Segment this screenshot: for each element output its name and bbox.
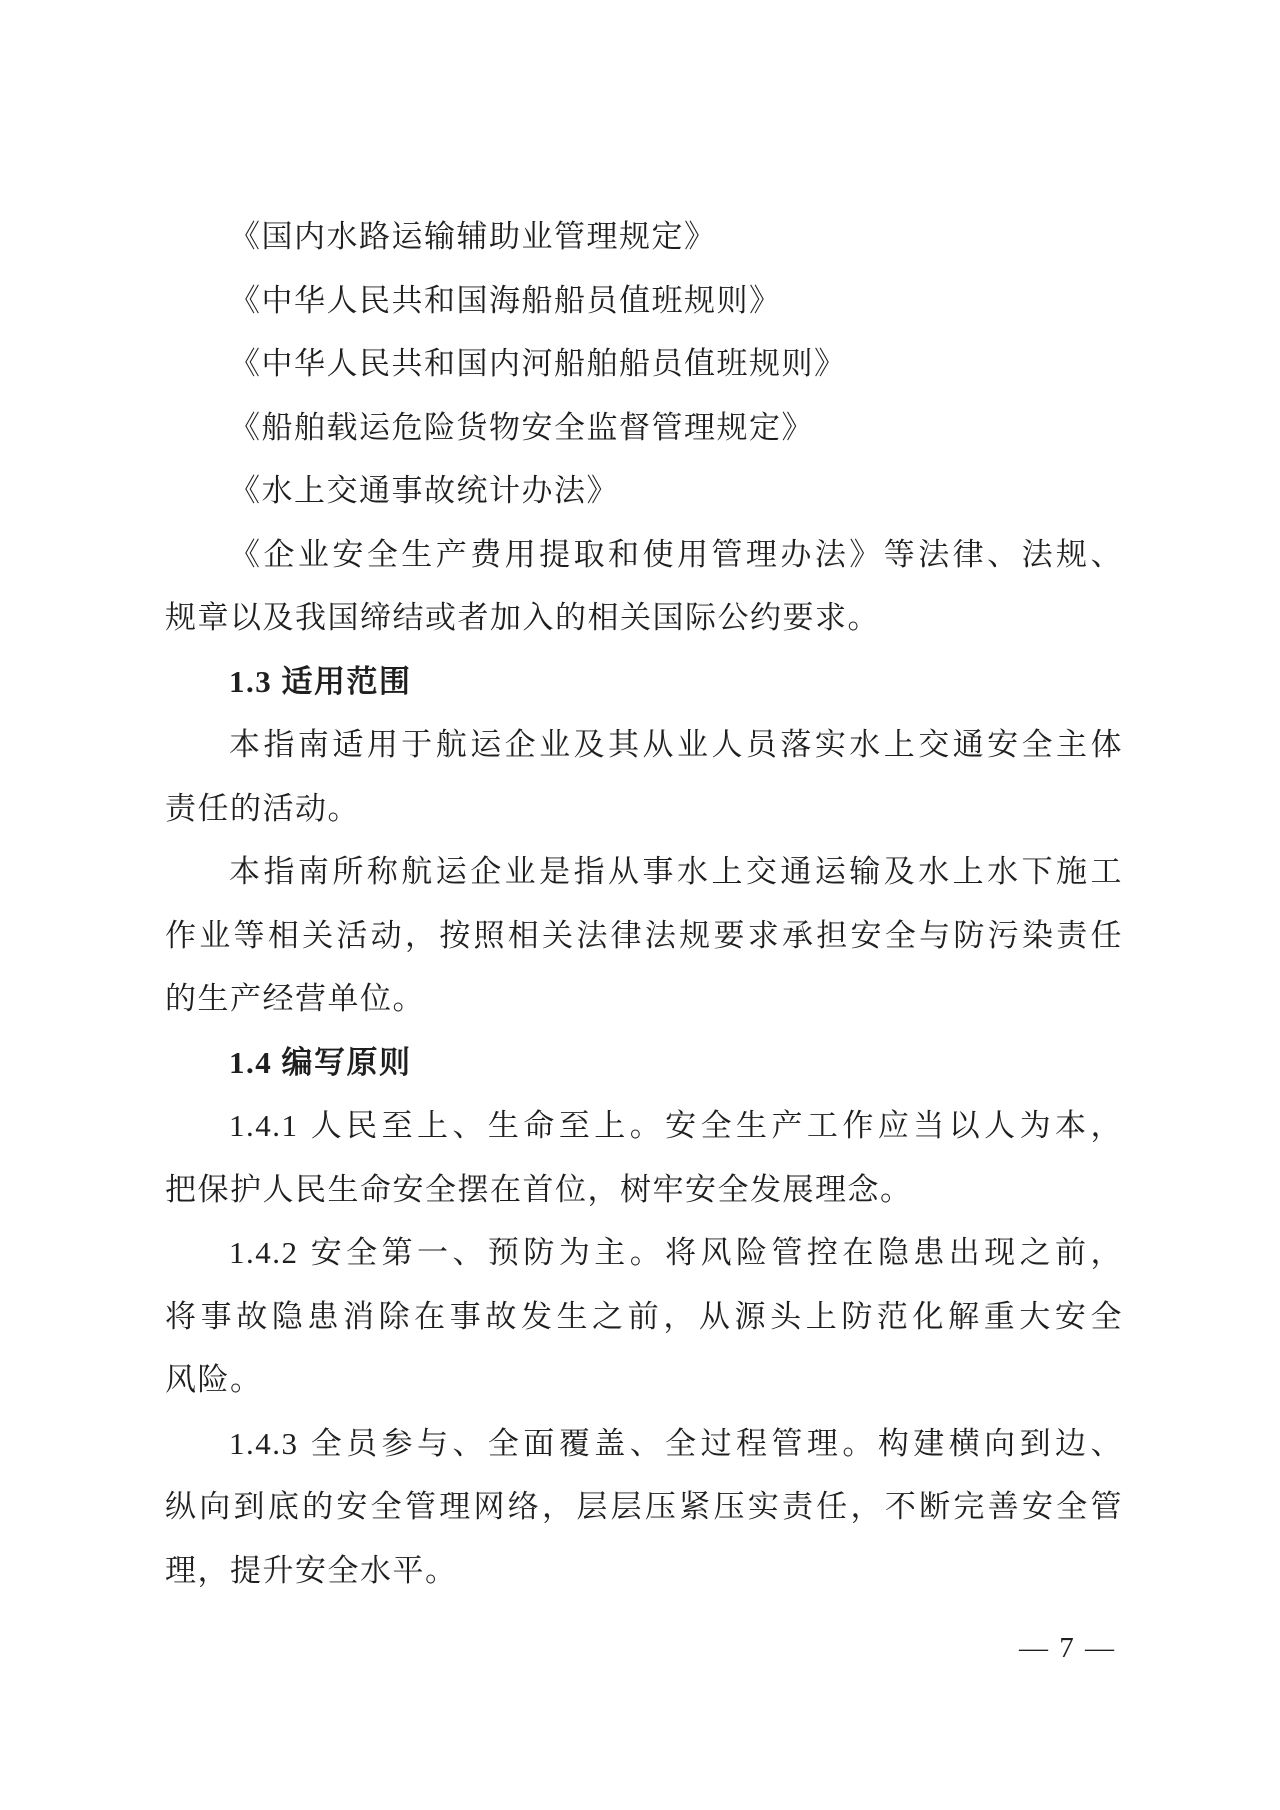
text-line: 《水上交通事故统计办法》 bbox=[165, 459, 1123, 523]
page-number: — 7 — bbox=[995, 1622, 1140, 1674]
text-line: 《中华人民共和国海船船员值班规则》 bbox=[165, 269, 1123, 333]
text-line: 理，提升安全水平。 bbox=[165, 1539, 1123, 1603]
text-line: 本指南适用于航运企业及其从业人员落实水上交通安全主体 bbox=[165, 713, 1123, 777]
text-line: 《船舶载运危险货物安全监督管理规定》 bbox=[165, 396, 1123, 460]
text-line: 责任的活动。 bbox=[165, 777, 1123, 841]
text-line: 规章以及我国缔结或者加入的相关国际公约要求。 bbox=[165, 586, 1123, 650]
text-line: 《企业安全生产费用提取和使用管理办法》等法律、法规、 bbox=[165, 523, 1123, 587]
text-line: 1.4.1 人民至上、生命至上。安全生产工作应当以人为本， bbox=[165, 1094, 1123, 1158]
text-line: 把保护人民生命安全摆在首位，树牢安全发展理念。 bbox=[165, 1158, 1123, 1222]
text-line: 1.4.3 全员参与、全面覆盖、全过程管理。构建横向到边、 bbox=[165, 1412, 1123, 1476]
document-page: 《国内水路运输辅助业管理规定》《中华人民共和国海船船员值班规则》《中华人民共和国… bbox=[0, 0, 1280, 1810]
text-line: 1.3 适用范围 bbox=[165, 650, 1123, 714]
text-line: 1.4.2 安全第一、预防为主。将风险管控在隐患出现之前， bbox=[165, 1221, 1123, 1285]
text-line: 1.4 编写原则 bbox=[165, 1031, 1123, 1095]
text-line: 风险。 bbox=[165, 1348, 1123, 1412]
text-line: 将事故隐患消除在事故发生之前，从源头上防范化解重大安全 bbox=[165, 1285, 1123, 1349]
document-body: 《国内水路运输辅助业管理规定》《中华人民共和国海船船员值班规则》《中华人民共和国… bbox=[165, 205, 1123, 1602]
text-line: 《国内水路运输辅助业管理规定》 bbox=[165, 205, 1123, 269]
text-line: 纵向到底的安全管理网络，层层压紧压实责任，不断完善安全管 bbox=[165, 1475, 1123, 1539]
text-line: 的生产经营单位。 bbox=[165, 967, 1123, 1031]
text-line: 本指南所称航运企业是指从事水上交通运输及水上水下施工 bbox=[165, 840, 1123, 904]
text-line: 作业等相关活动，按照相关法律法规要求承担安全与防污染责任 bbox=[165, 904, 1123, 968]
text-line: 《中华人民共和国内河船舶船员值班规则》 bbox=[165, 332, 1123, 396]
